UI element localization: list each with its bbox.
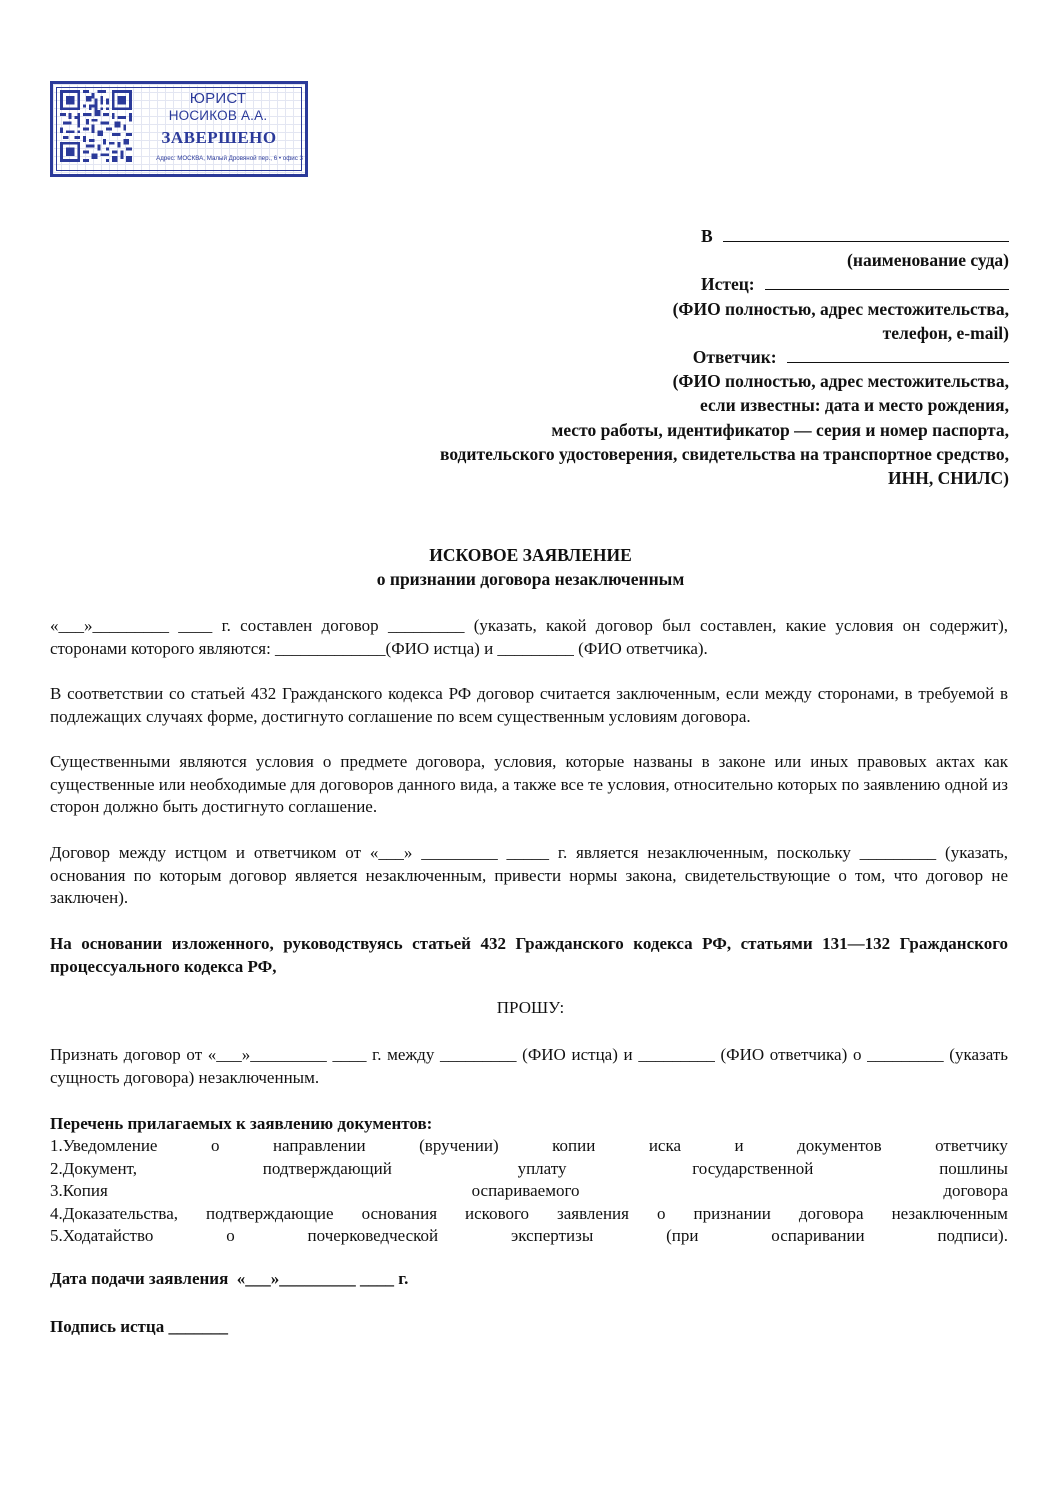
paragraph-text: В соответствии со статьей 432 Гражданско… [50, 683, 1008, 728]
attachment-word: подписи). [937, 1225, 1008, 1248]
paragraph-text: «___»_________ ____ г. составлен договор… [50, 615, 1008, 660]
defendant-hint-line: ИНН, СНИЛС) [249, 466, 1009, 490]
attachments-heading: Перечень прилагаемых к заявлению докумен… [50, 1114, 432, 1134]
plaintiff-hint-line: телефон, e-mail) [249, 321, 1009, 345]
attachment-word: о [657, 1203, 666, 1226]
paragraph-text: Признать договор от «___»_________ ____ … [50, 1044, 1008, 1089]
paragraph-legal-basis: На основании изложенного, руководствуясь… [50, 933, 1008, 978]
attachment-word: 3.Копия [50, 1180, 108, 1203]
court-name-field[interactable] [723, 240, 1009, 242]
attachment-word: 4.Доказательства, [50, 1203, 178, 1226]
paragraph-article-432: В соответствии со статьей 432 Гражданско… [50, 683, 1008, 728]
attachment-word: договора [799, 1203, 864, 1226]
attachment-word: признании [694, 1203, 771, 1226]
request-heading: ПРОШУ: [0, 998, 1061, 1018]
attachment-word: оспаривании [771, 1225, 864, 1248]
paragraph-text: На основании изложенного, руководствуясь… [50, 933, 1008, 978]
defendant-label: Ответчик: [693, 347, 777, 367]
plaintiff-label: Истец: [701, 274, 755, 294]
addressee-block: В (наименование суда) Истец: (ФИО полнос… [249, 224, 1009, 490]
attachment-word: копии [552, 1135, 595, 1158]
attachment-word: 2.Документ, [50, 1158, 137, 1181]
defendant-row: Ответчик: [249, 345, 1009, 369]
attachment-word: искового [465, 1203, 529, 1226]
paragraph-text: Договор между истцом и ответчиком от «__… [50, 842, 1008, 910]
attachment-word: (при [666, 1225, 698, 1248]
court-row: В [249, 224, 1009, 248]
attachment-word: почерковедческой [308, 1225, 439, 1248]
paragraph-contract-facts: «___»_________ ____ г. составлен договор… [50, 615, 1008, 660]
attachment-word: государственной [692, 1158, 813, 1181]
filing-date-row: Дата подачи заявления «___»_________ ___… [50, 1269, 408, 1289]
qr-code-icon [60, 90, 132, 162]
document-title: ИСКОВОЕ ЗАЯВЛЕНИЕ о признании договора н… [0, 543, 1061, 591]
filing-date-field[interactable]: «___»_________ ____ г. [237, 1269, 409, 1288]
court-hint: (наименование суда) [249, 248, 1009, 272]
attachment-item: 1.Уведомлениеонаправлении(вручении)копии… [50, 1135, 1008, 1158]
attachment-word: уплату [518, 1158, 567, 1181]
attachment-word: незаключенным [892, 1203, 1008, 1226]
paragraph-text: Существенными являются условия о предмет… [50, 751, 1008, 819]
attachment-word: о [211, 1135, 220, 1158]
plaintiff-row: Истец: [249, 272, 1009, 296]
attachment-word: о [226, 1225, 235, 1248]
attachment-word: 5.Ходатайство [50, 1225, 153, 1248]
attachment-word: договора [943, 1180, 1008, 1203]
defendant-hint-line: (ФИО полностью, адрес местожительства, [249, 369, 1009, 393]
attachment-item: 5.Ходатайствоопочерковедческойэкспертизы… [50, 1225, 1008, 1248]
attachment-word: пошлины [939, 1158, 1008, 1181]
attachment-word: документов [797, 1135, 882, 1158]
attachment-word: оспариваемого [472, 1180, 580, 1203]
plaintiff-hint-line: (ФИО полностью, адрес местожительства, [249, 297, 1009, 321]
signature-row: Подпись истца _______ [50, 1317, 228, 1337]
attachment-word: направлении [273, 1135, 366, 1158]
defendant-field[interactable] [787, 361, 1009, 363]
title-sub: о признании договора незаключенным [0, 567, 1061, 591]
attachment-word: иска [649, 1135, 681, 1158]
signature-field[interactable]: _______ [168, 1317, 228, 1336]
attachment-item: 4.Доказательства,подтверждающиеоснования… [50, 1203, 1008, 1226]
defendant-hint-line: место работы, идентификатор — серия и но… [249, 418, 1009, 442]
stamp-title: ЮРИСТ [143, 90, 293, 107]
title-main: ИСКОВОЕ ЗАЯВЛЕНИЕ [0, 543, 1061, 567]
attachment-word: 1.Уведомление [50, 1135, 157, 1158]
court-prefix: В [701, 226, 713, 246]
attachment-item: 2.Документ,подтверждающийуплатугосударст… [50, 1158, 1008, 1181]
attachments-list: 1.Уведомлениеонаправлении(вручении)копии… [50, 1135, 1008, 1248]
paragraph-essential-terms: Существенными являются условия о предмет… [50, 751, 1008, 819]
paragraph-not-concluded: Договор между истцом и ответчиком от «__… [50, 842, 1008, 910]
attachment-word: экспертизы [511, 1225, 593, 1248]
defendant-hint-line: если известны: дата и место рождения, [249, 393, 1009, 417]
stamp-status: ЗАВЕРШЕНО [139, 128, 299, 148]
attachment-word: и [735, 1135, 744, 1158]
attachment-word: подтверждающий [263, 1158, 392, 1181]
defendant-hint-line: водительского удостоверения, свидетельст… [249, 442, 1009, 466]
paragraph-request: Признать договор от «___»_________ ____ … [50, 1044, 1008, 1089]
plaintiff-field[interactable] [765, 288, 1009, 290]
attachment-word: подтверждающие [206, 1203, 334, 1226]
stamp-lawyer-name: НОСИКОВ А.А. [143, 108, 293, 123]
signature-label: Подпись истца [50, 1317, 164, 1336]
filing-date-label: Дата подачи заявления [50, 1269, 228, 1288]
lawyer-stamp: ЮРИСТ НОСИКОВ А.А. ЗАВЕРШЕНО Адрес: МОСК… [50, 81, 308, 177]
stamp-address: Адрес: МОСКВА, Малый Дровяной пер., 6 • … [131, 155, 303, 162]
attachment-word: (вручении) [419, 1135, 499, 1158]
attachment-word: ответчику [935, 1135, 1008, 1158]
attachment-item: 3.Копияоспариваемогодоговора [50, 1180, 1008, 1203]
attachment-word: основания [362, 1203, 437, 1226]
attachment-word: заявления [557, 1203, 629, 1226]
